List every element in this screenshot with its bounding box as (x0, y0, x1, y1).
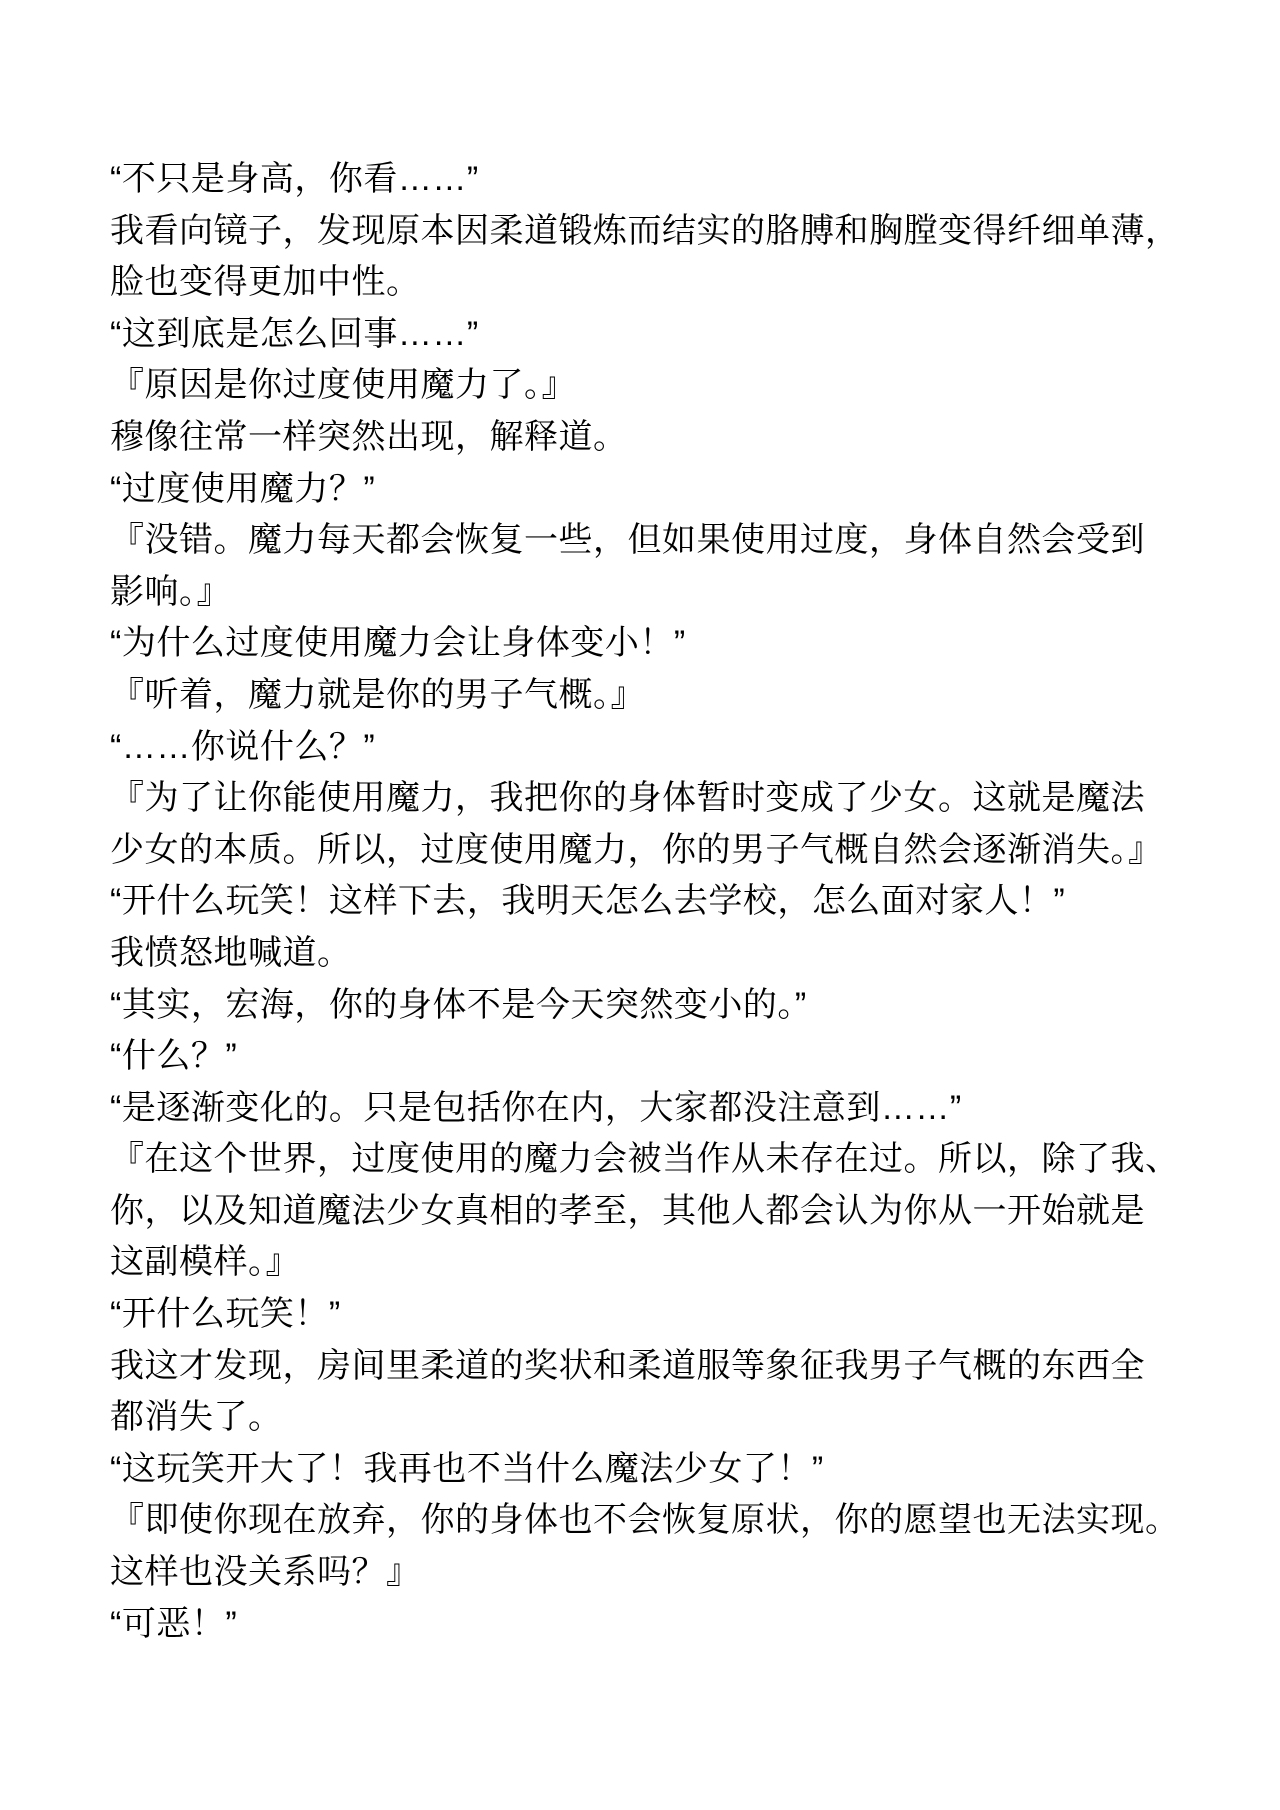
text-block: “不只是身高，你看……” 我看向镜子，发现原本因柔道锻炼而结实的胳膊和胸膛变得纤… (110, 154, 1206, 1650)
text-line: “什么？” (110, 1031, 1206, 1083)
text-line: “这玩笑开大了！我再也不当什么魔法少女了！” (110, 1444, 1206, 1496)
text-line: 你，以及知道魔法少女真相的孝至，其他人都会认为你从一开始就是 (110, 1186, 1206, 1238)
text-line: “是逐渐变化的。只是包括你在内，大家都没注意到……” (110, 1083, 1206, 1135)
text-line: 『为了让你能使用魔力，我把你的身体暂时变成了少女。这就是魔法 (110, 773, 1206, 825)
text-line: 『即使你现在放弃，你的身体也不会恢复原状，你的愿望也无法实现。 (110, 1495, 1206, 1547)
page: “不只是身高，你看……” 我看向镜子，发现原本因柔道锻炼而结实的胳膊和胸膛变得纤… (0, 0, 1280, 1810)
text-line: 我看向镜子，发现原本因柔道锻炼而结实的胳膊和胸膛变得纤细单薄， (110, 206, 1206, 258)
text-line: “不只是身高，你看……” (110, 154, 1206, 206)
text-line: 少女的本质。所以，过度使用魔力，你的男子气概自然会逐渐消失。』 (110, 825, 1206, 877)
text-line: 我这才发现，房间里柔道的奖状和柔道服等象征我男子气概的东西全 (110, 1341, 1206, 1393)
text-line: “为什么过度使用魔力会让身体变小！” (110, 618, 1206, 670)
text-line: “开什么玩笑！这样下去，我明天怎么去学校，怎么面对家人！” (110, 876, 1206, 928)
text-line: 都消失了。 (110, 1392, 1206, 1444)
text-line: 影响。』 (110, 567, 1206, 619)
text-line: “开什么玩笑！” (110, 1289, 1206, 1341)
text-line: 『在这个世界，过度使用的魔力会被当作从未存在过。所以，除了我、 (110, 1134, 1206, 1186)
text-line: 『原因是你过度使用魔力了。』 (110, 360, 1206, 412)
text-line: 这样也没关系吗？』 (110, 1547, 1206, 1599)
text-line: 这副模样。』 (110, 1237, 1206, 1289)
text-line: 『没错。魔力每天都会恢复一些，但如果使用过度，身体自然会受到 (110, 515, 1206, 567)
text-line: “可恶！” (110, 1599, 1206, 1651)
text-line: 我愤怒地喊道。 (110, 928, 1206, 980)
text-line: “过度使用魔力？” (110, 464, 1206, 516)
text-line: 『听着，魔力就是你的男子气概。』 (110, 670, 1206, 722)
text-line: 脸也变得更加中性。 (110, 257, 1206, 309)
text-line: 穆像往常一样突然出现，解释道。 (110, 412, 1206, 464)
text-line: “其实，宏海，你的身体不是今天突然变小的。” (110, 980, 1206, 1032)
text-line: “这到底是怎么回事……” (110, 309, 1206, 361)
text-line: “……你说什么？” (110, 722, 1206, 774)
